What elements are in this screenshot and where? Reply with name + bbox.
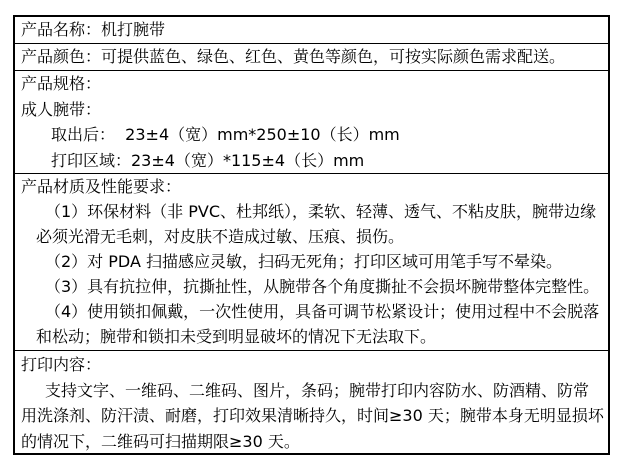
text-line-print-cont-2: 的情况下，二维码可扫描期限≥30 天。 [21, 429, 602, 454]
text-line-item-3: （3）具有抗拉伸，抗撕扯性，从腕带各个角度撕扯不会损坏腕带整体完整性。 [21, 274, 602, 299]
text-line-spec-print-area: 打印区域：23±4（宽）*115±4（长）mm [21, 148, 602, 174]
text-line-item-1-cont: 必须光滑无毛刺，对皮肤不造成过敏、压痕、损伤。 [21, 224, 602, 249]
table-row-product-spec: 产品规格： 成人腕带： 取出后： 23±4（宽）mm*250±10（长）mm 打… [15, 71, 608, 174]
text-line-spec-taken-out: 取出后： 23±4（宽）mm*250±10（长）mm [21, 122, 602, 148]
table-row-material-performance: 产品材质及性能要求： （1）环保材料（非 PVC、杜邦纸），柔软、轻薄、透气、不… [15, 174, 608, 351]
text-line-print-support: 支持文字、一维码、二维码、图片，条码；腕带打印内容防水、防酒精、防常 [21, 378, 602, 404]
table-row-print-content: 打印内容： 支持文字、一维码、二维码、图片，条码；腕带打印内容防水、防酒精、防常… [15, 351, 608, 453]
text-line: 产品名称：机打腕带 [21, 17, 602, 43]
product-spec-table: 产品名称：机打腕带 产品颜色：可提供蓝色、绿色、红色、黄色等颜色，可按实际颜色需… [13, 15, 610, 455]
text-line: 产品规格： [21, 71, 602, 97]
table-row-product-name: 产品名称：机打腕带 [15, 17, 608, 44]
text-line: 成人腕带： [21, 97, 602, 123]
text-line-print-cont-1: 用洗涤剂、防汗渍、耐磨，打印效果清晰持久，时间≥30 天；腕带本身无明显损坏 [21, 403, 602, 429]
text-line-item-4-cont: 和松动；腕带和锁扣未受到明显破坏的情况下无法取下。 [21, 324, 602, 349]
text-line: 打印内容： [21, 352, 602, 378]
text-line-item-4: （4）使用锁扣佩戴，一次性使用，具备可调节松紧设计；使用过程中不会脱落 [21, 299, 602, 324]
document-page: 产品名称：机打腕带 产品颜色：可提供蓝色、绿色、红色、黄色等颜色，可按实际颜色需… [0, 0, 629, 470]
text-line-item-2: （2）对 PDA 扫描感应灵敏，扫码无死角；打印区域可用笔手写不晕染。 [21, 249, 602, 274]
text-line: 产品材质及性能要求： [21, 174, 602, 199]
text-line-item-1: （1）环保材料（非 PVC、杜邦纸），柔软、轻薄、透气、不粘皮肤，腕带边缘 [21, 199, 602, 224]
table-row-product-color: 产品颜色：可提供蓝色、绿色、红色、黄色等颜色，可按实际颜色需求配送。 [15, 44, 608, 71]
text-line: 产品颜色：可提供蓝色、绿色、红色、黄色等颜色，可按实际颜色需求配送。 [21, 44, 602, 70]
